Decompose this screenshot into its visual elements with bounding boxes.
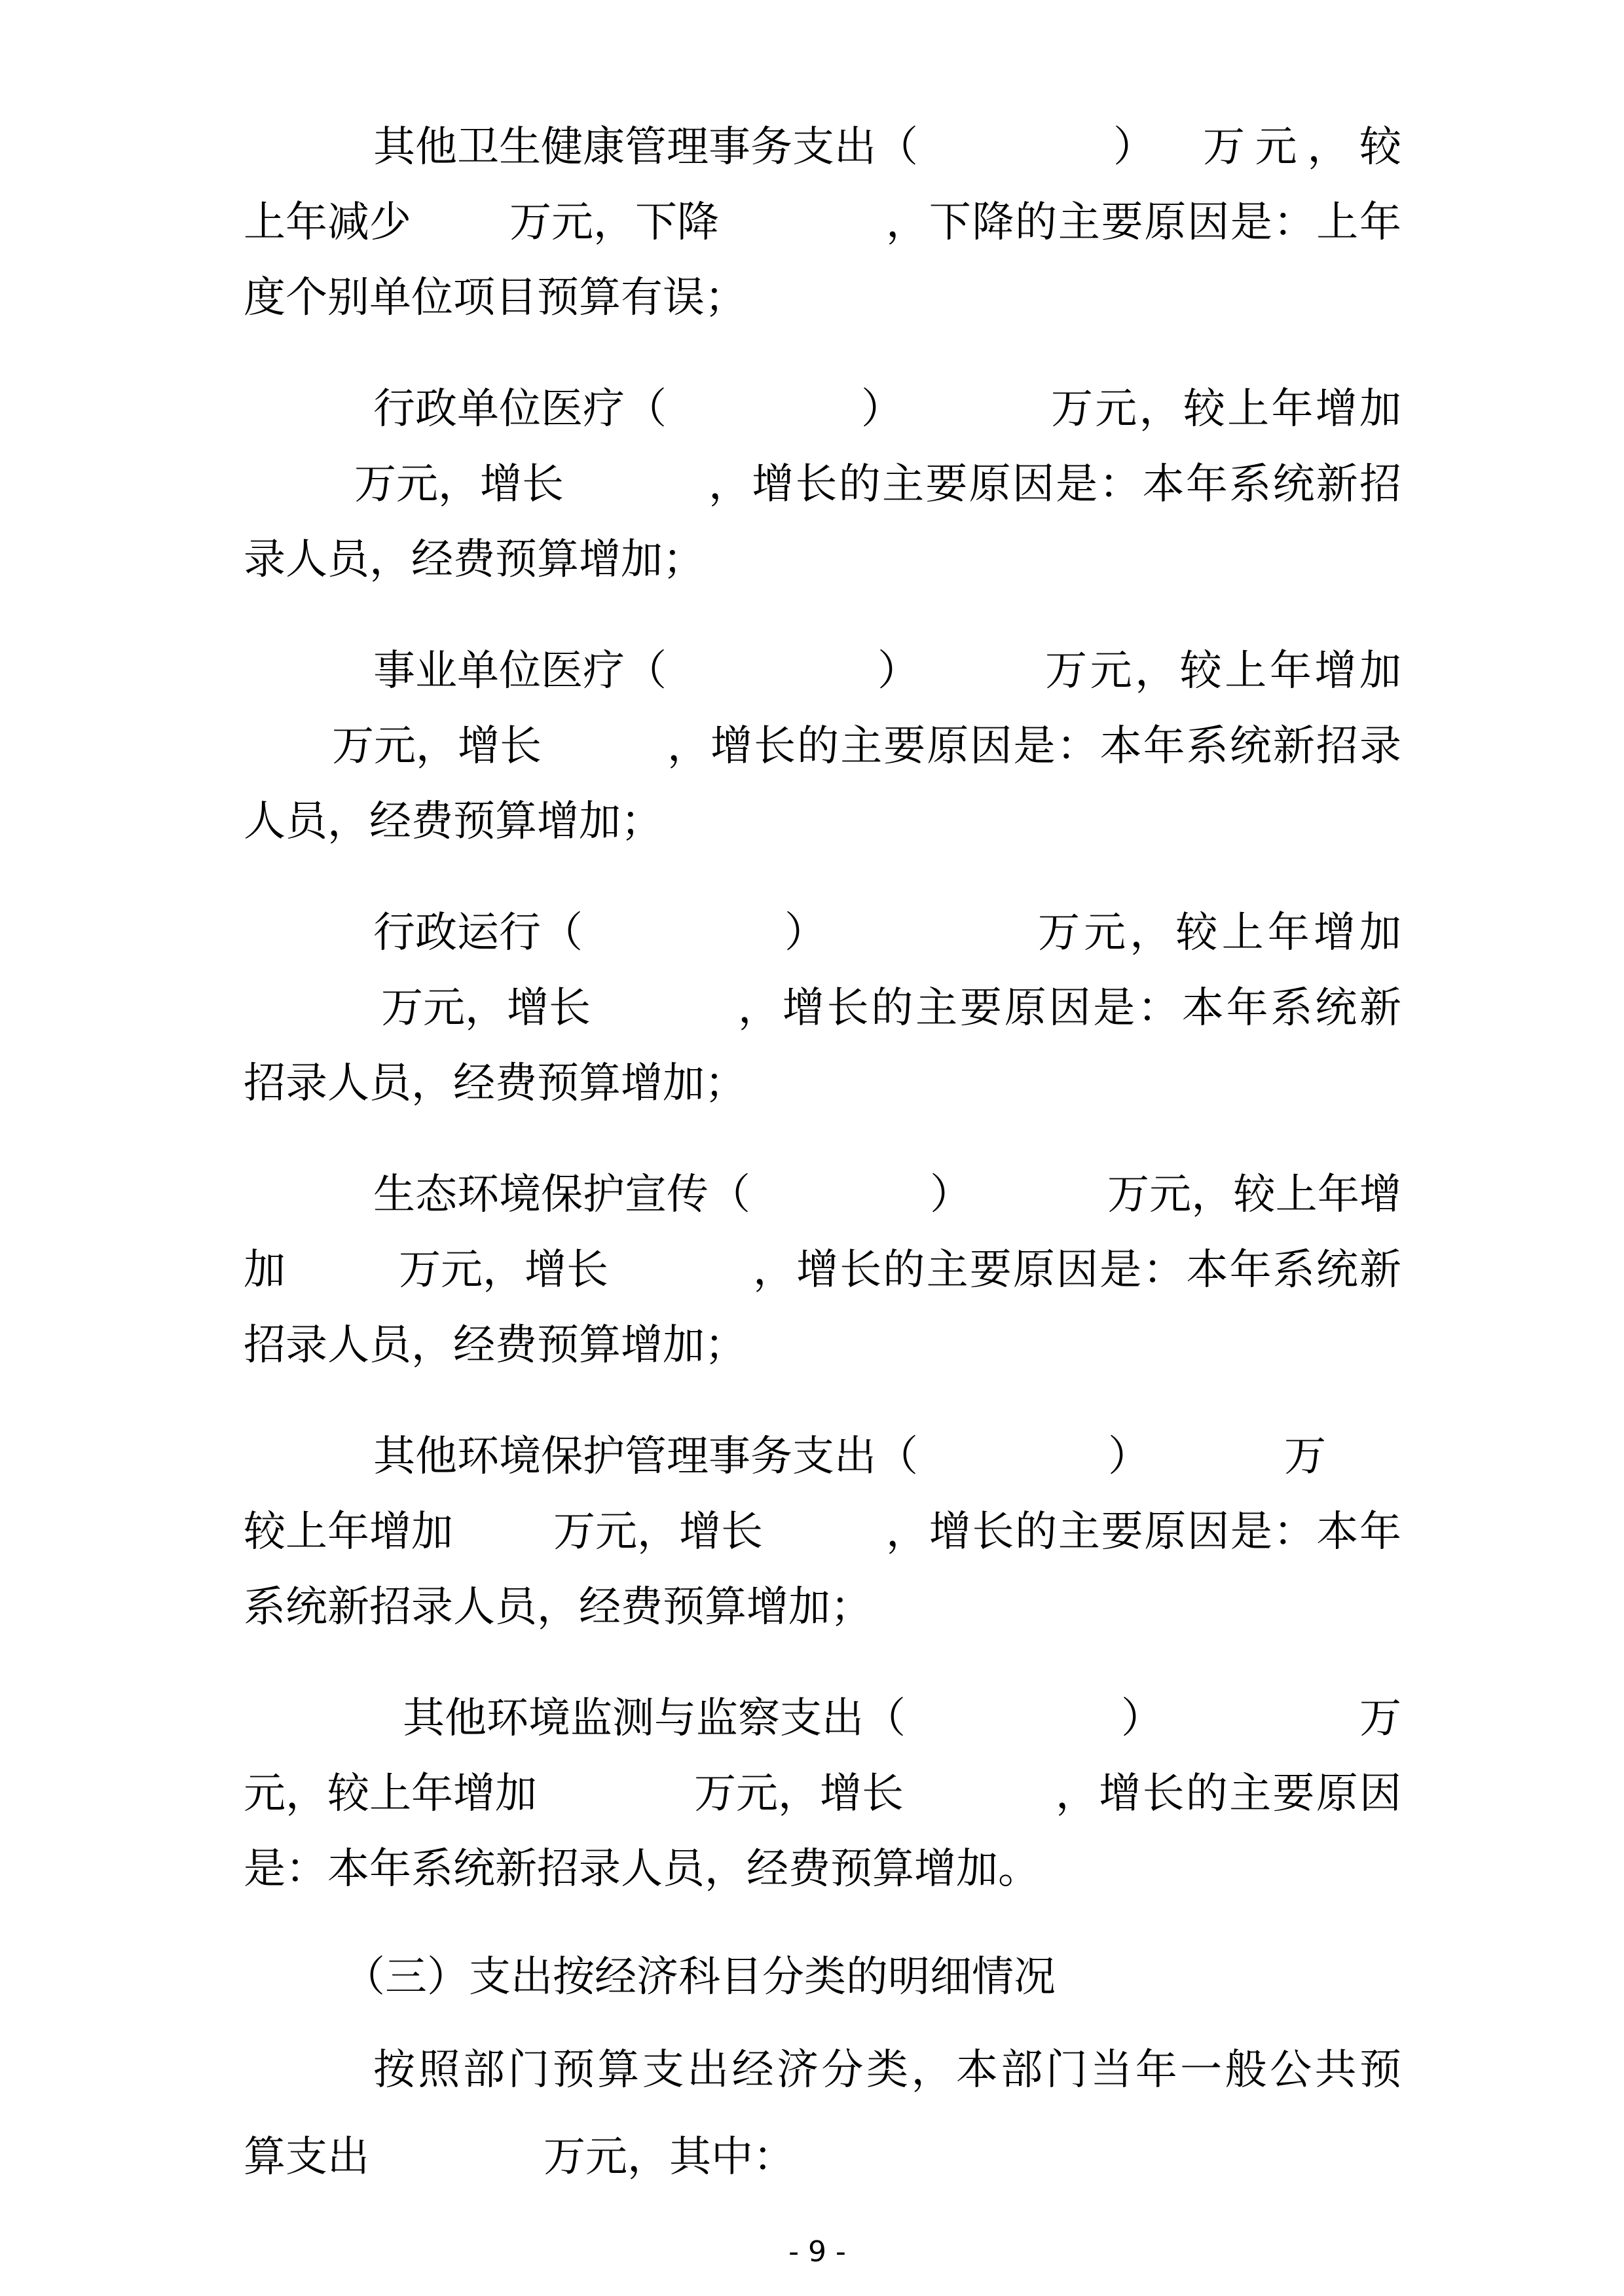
text-segment: 万元，增长: [399, 1244, 608, 1296]
text-segment: ）: [1113, 121, 1155, 173]
text-segment: ）: [930, 1169, 972, 1221]
text-segment: 万元，增长: [332, 720, 542, 773]
text-segment: 度个别单位项目预算有误；: [244, 272, 747, 324]
section-heading: （三）支出按经济科目分类的明细情况: [343, 1951, 1056, 2003]
text-segment: 是：本年系统新招录人员，经费预算增加。: [244, 1843, 1040, 1895]
text-segment: ，增长的主要原因是：本年系统新: [738, 982, 1401, 1034]
text-segment: 万元，增长: [381, 982, 591, 1034]
text-segment: ，增长的主要原因是：本年系统新招: [709, 458, 1401, 511]
text-segment: 上年减少: [244, 196, 411, 249]
text-segment: 其他环境监测与监察支出（: [403, 1692, 906, 1745]
document-page: 其他卫生健康管理事务支出（ ） 万元，较 上年减少 万元，下降 ，下降的主要原因…: [0, 0, 1624, 2296]
text-segment: 万元，较上年增加: [1051, 383, 1401, 435]
text-segment: 行政运行（: [373, 907, 583, 959]
text-segment: ，增长的主要原因是：本年系统新招录: [667, 720, 1401, 773]
text-segment: ，增长的主要原因: [1056, 1768, 1401, 1820]
text-segment: 其他卫生健康管理事务支出（: [373, 121, 918, 173]
text-segment: 万元，较上年增加: [1045, 645, 1401, 697]
text-segment: 事业单位医疗（: [373, 645, 667, 697]
text-segment: 万元，增长: [694, 1768, 904, 1820]
text-segment: ，下降的主要原因是：上年: [886, 196, 1401, 249]
text-segment: 万元，较: [1203, 121, 1401, 173]
text-segment: 万元，下降: [509, 196, 719, 249]
text-segment: 万元，其中：: [544, 2131, 795, 2183]
text-segment: 万元，: [1284, 1430, 1401, 1483]
text-segment: 算支出: [244, 2131, 369, 2183]
text-segment: 万元，较上年增加: [1038, 907, 1401, 959]
text-segment: ）: [1121, 1692, 1163, 1745]
text-segment: ）: [861, 383, 903, 435]
text-segment: ）: [1108, 1430, 1150, 1483]
page-number: - 9 -: [747, 2232, 888, 2272]
text-segment: 万元，增长: [553, 1506, 763, 1558]
text-segment: 万: [1359, 1692, 1401, 1745]
text-segment: 招录人员，经费预算增加；: [244, 1057, 747, 1110]
text-segment: ）: [877, 645, 919, 697]
text-segment: ，增长的主要原因是：本年系统新: [753, 1244, 1401, 1296]
text-segment: 系统新招录人员，经费预算增加；: [244, 1581, 872, 1633]
text-segment: ）: [784, 907, 826, 959]
text-segment: 行政单位医疗（: [373, 383, 667, 435]
text-segment: 其他环境保护管理事务支出（: [373, 1430, 918, 1483]
text-segment: 按照部门预算支出经济分类，本部门当年一般公共预: [373, 2044, 1401, 2096]
text-segment: 较上年增加: [244, 1506, 453, 1558]
text-segment: 加: [244, 1244, 286, 1296]
text-segment: 元，较上年增加: [244, 1768, 537, 1820]
text-segment: 招录人员，经费预算增加；: [244, 1319, 747, 1372]
text-segment: 生态环境保护宣传（: [373, 1169, 750, 1221]
text-segment: ，增长的主要原因是：本年: [886, 1506, 1401, 1558]
text-segment: 万元，增长: [354, 458, 564, 511]
text-segment: 万元，较上年增: [1107, 1169, 1401, 1221]
text-segment: 人员，经费预算增加；: [244, 795, 663, 848]
text-segment: 录人员，经费预算增加；: [244, 534, 705, 586]
